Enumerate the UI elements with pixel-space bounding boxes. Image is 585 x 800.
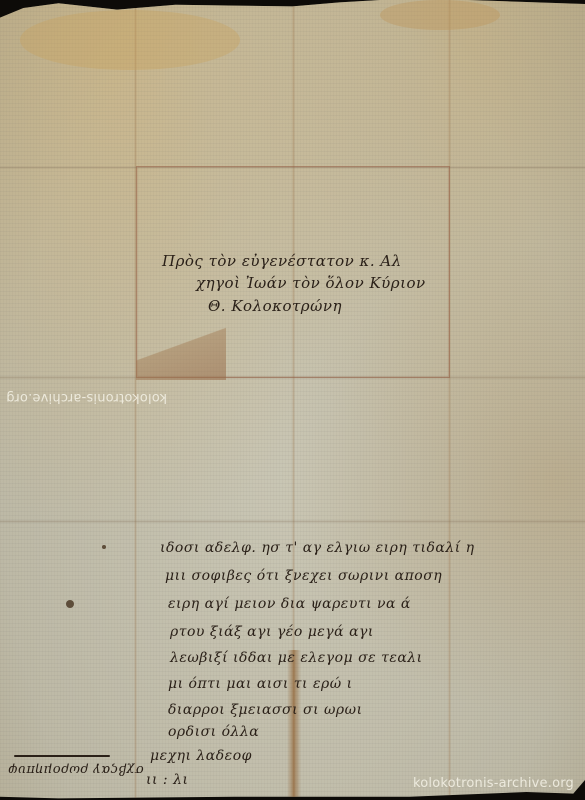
fold-line-lower — [0, 520, 585, 523]
age-stain — [380, 0, 500, 30]
watermark-rotated: kolokotronis-archive.org — [6, 390, 167, 405]
ink-spot — [66, 600, 74, 608]
body-line-6: μι όπτι μαι αισι τι ερώ ι — [168, 676, 353, 692]
ink-underline — [14, 755, 110, 757]
upside-down-note: σχβςαγ ρωρομηπυφ — [8, 762, 144, 777]
body-line-7: διαρροι ξμειασσι σι ωρωι — [168, 702, 363, 718]
signature-line-1: μεχηι λαδεοφ — [150, 748, 252, 764]
ink-spot — [102, 545, 106, 549]
body-line-3: ειρη αγί μειον δια ψαρευτι να ά — [168, 596, 411, 612]
body-line-2: μιι σοφιβες ότι ξνεχει σωρινι αποση — [165, 568, 442, 584]
signature-line-2: ιι : λι — [146, 772, 188, 788]
address-line-3: Θ. Κολοκοτρώνη — [208, 297, 342, 315]
age-stain — [20, 10, 240, 70]
address-line-1: Πρὸς τὸν εὐγενέστατον κ. Αλ — [162, 252, 402, 270]
address-line-2: χηγοὶ Ἰωάν τὸν ὅλον Κύριον — [196, 274, 426, 292]
vertical-stain — [287, 650, 301, 800]
fold-line-right — [448, 0, 451, 800]
fold-stain-triangle — [136, 325, 226, 380]
body-line-5: λεωβιξί ιδδαι με ελεγομ σε τεαλι — [170, 650, 423, 666]
manuscript-page: Πρὸς τὸν εὐγενέστατον κ. Αλ χηγοὶ Ἰωάν τ… — [0, 0, 585, 800]
watermark-bottom: kolokotronis-archive.org — [413, 776, 574, 791]
body-line-1: ιδοσι αδελφ. ησ τ' αγ ελγιω ειρη τιδαλί … — [160, 540, 475, 556]
body-line-4: ρτου ξιάξ αγι γέο μεγά αγι — [170, 624, 374, 640]
body-line-8: ορδισι όλλα — [168, 724, 259, 740]
